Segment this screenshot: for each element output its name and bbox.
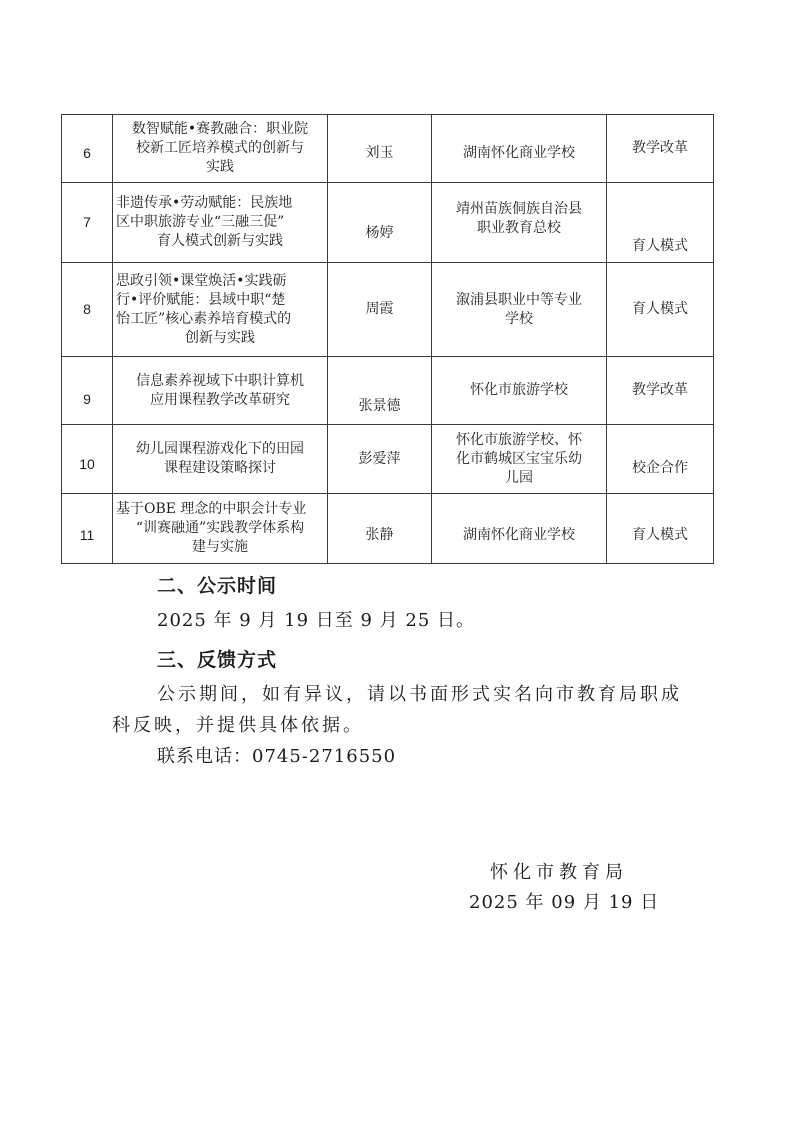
category: 教学改革 [607,115,714,183]
project-title: 数智赋能•赛教融合：职业院 校新工匠培养模式的创新与 实践 [113,115,328,183]
table-row: 7 非遗传承•劳动赋能：民族地 区中职旅游专业“三融三促” 育人模式创新与实践 … [62,183,714,263]
title-line: 校新工匠培养模式的创新与 [116,139,324,158]
title-line: 行•评价赋能：县域中职“楚 [116,291,324,310]
org-line: 怀化市旅游学校、怀 [435,431,603,450]
title-line: 应用课程教学改革研究 [116,391,324,410]
person-name: 张景德 [328,357,432,425]
project-title: 思政引领•课堂焕活•实践砺 行•评价赋能：县域中职“楚 怡工匠”核心素养培育模式… [113,263,328,357]
organization: 怀化市旅游学校 [432,357,607,425]
person-name: 周霞 [328,263,432,357]
organization: 湖南怀化商业学校 [432,494,607,564]
category: 校企合作 [607,425,714,494]
title-line: 数智赋能•赛教融合：职业院 [116,120,324,139]
feedback-text-line1: 公示期间，如有异议，请以书面形式实名向市教育局职成 [157,680,682,706]
title-line: 非遗传承•劳动赋能：民族地 [116,194,324,213]
org-line: 学校 [435,310,603,329]
publicity-heading: 二、公示时间 [157,571,277,598]
table-row: 6 数智赋能•赛教融合：职业院 校新工匠培养模式的创新与 实践 刘玉 湖南怀化商… [62,115,714,183]
org-line: 湖南怀化商业学校 [435,144,603,163]
table-row: 8 思政引领•课堂焕活•实践砺 行•评价赋能：县域中职“楚 怡工匠”核心素养培育… [62,263,714,357]
project-table: 6 数智赋能•赛教融合：职业院 校新工匠培养模式的创新与 实践 刘玉 湖南怀化商… [61,114,714,564]
org-line: 靖州苗族侗族自治县 [435,200,603,219]
organization: 靖州苗族侗族自治县 职业教育总校 [432,183,607,263]
issue-date: 2025 年 09 月 19 日 [469,888,659,914]
table-row: 10 幼儿园课程游戏化下的田园 课程建设策略探讨 彭爱萍 怀化市旅游学校、怀 化… [62,425,714,494]
row-index: 7 [62,183,113,263]
publicity-period: 2025 年 9 月 19 日至 9 月 25 日。 [157,606,475,632]
project-title: 信息素养视域下中职计算机 应用课程教学改革研究 [113,357,328,425]
title-line: 信息素养视域下中职计算机 [116,372,324,391]
title-line: 基于OBE 理念的中职会计专业 [116,500,324,519]
person-name: 彭爱萍 [328,425,432,494]
person-name: 刘玉 [328,115,432,183]
row-index: 6 [62,115,113,183]
category: 育人模式 [607,183,714,263]
org-line: 怀化市旅游学校 [435,381,603,400]
category: 育人模式 [607,263,714,357]
title-line: 实践 [116,158,324,177]
category: 育人模式 [607,494,714,564]
table-row: 11 基于OBE 理念的中职会计专业 “训赛融通”实践教学体系构 建与实施 张静… [62,494,714,564]
org-line: 儿园 [435,469,603,488]
title-line: 幼儿园课程游戏化下的田园 [116,440,324,459]
issuer-name: 怀化市教育局 [490,858,628,884]
title-line: 怡工匠”核心素养培育模式的 [116,310,324,329]
title-line: 课程建设策略探讨 [116,459,324,478]
title-line: 创新与实践 [116,329,324,348]
feedback-heading: 三、反馈方式 [157,645,277,672]
org-line: 化市鹤城区宝宝乐幼 [435,450,603,469]
title-line: 区中职旅游专业“三融三促” [116,213,324,232]
org-line: 溆浦县职业中等专业 [435,291,603,310]
org-line: 湖南怀化商业学校 [435,526,603,545]
organization: 湖南怀化商业学校 [432,115,607,183]
row-index: 8 [62,263,113,357]
row-index: 11 [62,494,113,564]
table-row: 9 信息素养视域下中职计算机 应用课程教学改革研究 张景德 怀化市旅游学校 教学… [62,357,714,425]
person-name: 张静 [328,494,432,564]
title-line: 思政引领•课堂焕活•实践砺 [116,272,324,291]
project-title: 非遗传承•劳动赋能：民族地 区中职旅游专业“三融三促” 育人模式创新与实践 [113,183,328,263]
feedback-text-line2: 科反映，并提供具体依据。 [112,711,364,737]
organization: 溆浦县职业中等专业 学校 [432,263,607,357]
contact-phone: 联系电话：0745-2716550 [157,742,396,768]
title-line: 育人模式创新与实践 [116,232,324,251]
row-index: 9 [62,357,113,425]
person-name: 杨婷 [328,183,432,263]
project-title: 基于OBE 理念的中职会计专业 “训赛融通”实践教学体系构 建与实施 [113,494,328,564]
organization: 怀化市旅游学校、怀 化市鹤城区宝宝乐幼 儿园 [432,425,607,494]
project-title: 幼儿园课程游戏化下的田园 课程建设策略探讨 [113,425,328,494]
title-line: “训赛融通”实践教学体系构 [116,519,324,538]
row-index: 10 [62,425,113,494]
title-line: 建与实施 [116,538,324,557]
org-line: 职业教育总校 [435,219,603,238]
category: 教学改革 [607,357,714,425]
